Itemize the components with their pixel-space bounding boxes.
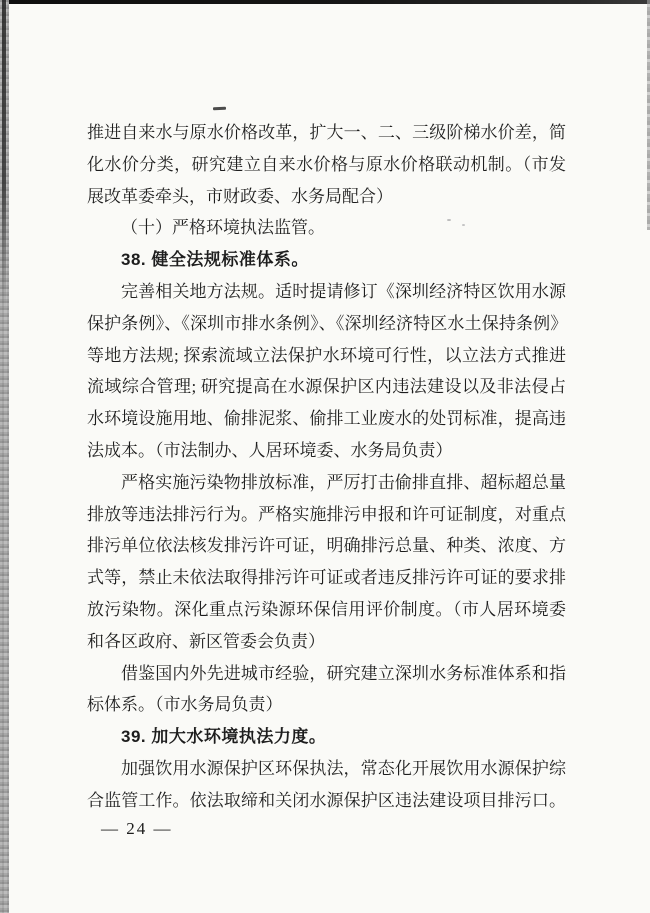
text-line: 流域综合管理; 研究提高在水源保护区内违法建设以及非法侵占 [87, 371, 566, 403]
document-body: 推进自来水与原水价格改革，扩大一、二、三级阶梯水价差，简 化水价分类，研究建立自… [87, 117, 566, 817]
scanned-document-page: 推进自来水与原水价格改革，扩大一、二、三级阶梯水价差，简 化水价分类，研究建立自… [0, 0, 650, 913]
text-line: 法成本。（市法制办、人居环境委、水务局负责） [87, 435, 566, 467]
text-line: 和各区政府、新区管委会负责） [87, 626, 566, 658]
scan-edge-top [0, 0, 650, 4]
text-line: 加强饮用水源保护区环保执法，常态化开展饮用水源保护综 [87, 753, 566, 785]
text-line: 借鉴国内外先进城市经验，研究建立深圳水务标准体系和指 [87, 658, 566, 690]
scan-artifact-dash [213, 107, 226, 110]
page-number: — 24 — [101, 819, 173, 839]
text-line: 完善相关地方法规。适时提请修订《深圳经济特区饮用水源 [87, 276, 566, 308]
text-line: 化水价分类，研究建立自来水价格与原水价格联动机制。（市发 [87, 149, 566, 181]
text-line: 保护条例》、《深圳市排水条例》、《深圳经济特区水土保持条例》 [87, 308, 566, 340]
text-line: 式等，禁止未依法取得排污许可证或者违反排污许可证的要求排 [87, 562, 566, 594]
text-line: 等地方法规; 探索流域立法保护水环境可行性，以立法方式推进 [87, 340, 566, 372]
text-line: 展改革委牵头，市财政委、水务局配合） [87, 181, 566, 213]
text-line: 排污单位依法核发排污许可证，明确排污总量、种类、浓度、方 [87, 530, 566, 562]
text-line: 放污染物。深化重点污染源环保信用评价制度。（市人居环境委 [87, 594, 566, 626]
numbered-heading-38: 38. 健全法规标准体系。 [87, 244, 566, 276]
text-line: 合监管工作。依法取缔和关闭水源保护区违法建设项目排污口。 [87, 785, 566, 817]
text-line: 标体系。（市水务局负责） [87, 689, 566, 721]
sub-section-heading: （十）严格环境执法监管。 [87, 212, 566, 244]
text-line: 推进自来水与原水价格改革，扩大一、二、三级阶梯水价差，简 [87, 117, 566, 149]
text-line: 排放等违法排污行为。严格实施排污申报和许可证制度，对重点 [87, 499, 566, 531]
scan-edge-left-dark-line [2, 0, 6, 310]
text-line: 水环境设施用地、偷排泥浆、偷排工业废水的处罚标准，提高违 [87, 403, 566, 435]
text-line: 严格实施污染物排放标准，严厉打击偷排直排、超标超总量 [87, 467, 566, 499]
numbered-heading-39: 39. 加大水环境执法力度。 [87, 721, 566, 753]
